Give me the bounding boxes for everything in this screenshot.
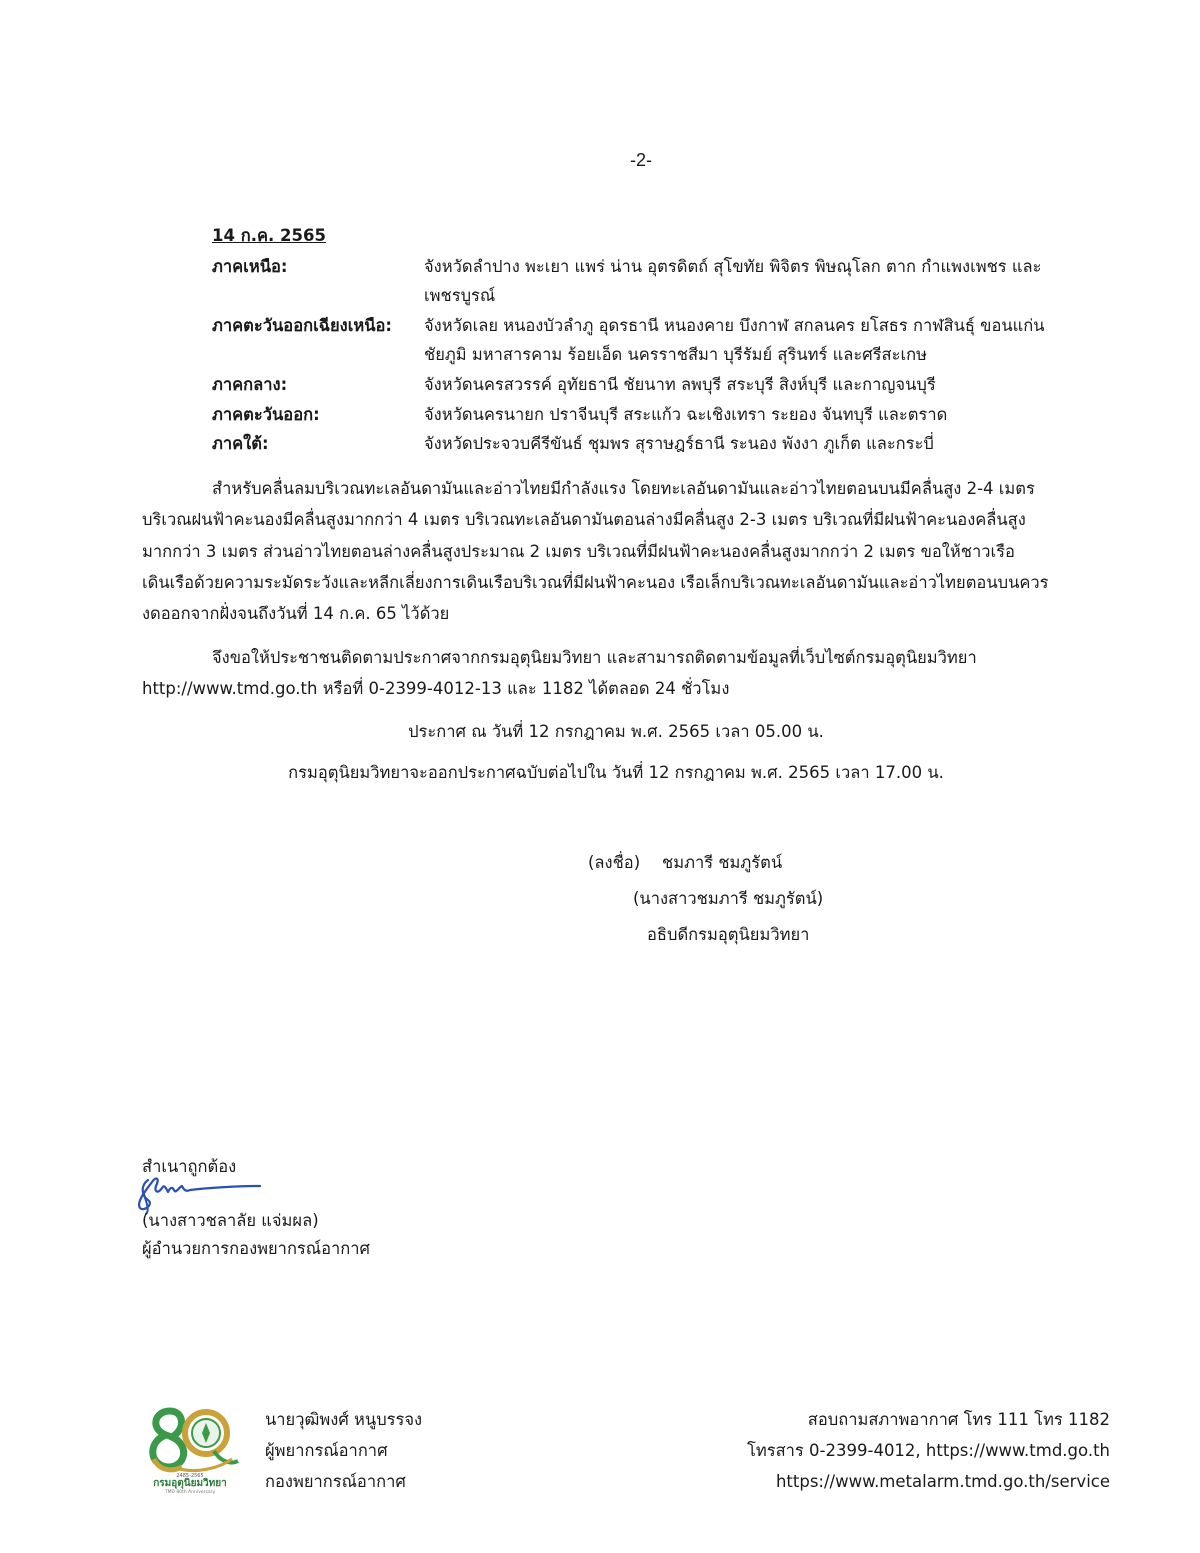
wave-paragraph-line3: มากกว่า 3 เมตร ส่วนอ่าวไทยตอนล่างคลื่นสู…	[142, 542, 1082, 562]
announce-time: ประกาศ ณ วันที่ 12 กรกฎาคม พ.ศ. 2565 เวล…	[0, 722, 1200, 742]
region-text-northeast-line1: จังหวัดเลย หนองบัวลำภู อุดรธานี หนองคาย …	[424, 316, 1045, 336]
forecaster-name: นายวุฒิพงศ์ หนูบรรจง	[265, 1410, 422, 1430]
forecaster-title: ผู้พยากรณ์อากาศ	[265, 1441, 388, 1461]
next-announce: กรมอุตุนิยมวิทยาจะออกประกาศฉบับต่อไปใน ว…	[0, 763, 1200, 783]
handwritten-signature	[136, 1172, 266, 1216]
wave-paragraph-line1: สำหรับคลื่นลมบริเวณทะเลอันดามันและอ่าวไท…	[212, 479, 1035, 499]
certified-copy-name: (นางสาวชลาลัย แจ่มผล)	[142, 1211, 319, 1231]
signatory-full-name: (นางสาวชมภารี ชมภูรัตน์)	[633, 889, 823, 909]
follow-paragraph-line2: http://www.tmd.go.th หรือที่ 0-2399-4012…	[142, 679, 1082, 699]
region-text-central: จังหวัดนครสวรรค์ อุทัยธานี ชัยนาท ลพบุรี…	[424, 375, 936, 395]
forecast-division: กองพยากรณ์อากาศ	[265, 1472, 406, 1492]
forecast-date-heading: 14 ก.ค. 2565	[212, 226, 326, 246]
contact-metalarm-link[interactable]: https://www.metalarm.tmd.go.th/service	[776, 1472, 1110, 1492]
region-text-north-line1: จังหวัดลำปาง พะเยา แพร่ น่าน อุตรดิตถ์ ส…	[424, 257, 1042, 277]
region-label-north: ภาคเหนือ:	[212, 257, 287, 277]
wave-paragraph-line5: งดออกจากฝั่งจนถึงวันที่ 14 ก.ค. 65 ไว้ด้…	[142, 604, 1082, 624]
region-label-east: ภาคตะวันออก:	[212, 405, 320, 425]
region-label-northeast: ภาคตะวันออกเฉียงเหนือ:	[212, 316, 392, 336]
follow-paragraph-line1: จึงขอให้ประชาชนติดตามประกาศจากกรมอุตุนิย…	[212, 648, 977, 668]
region-text-north-line2: เพชรบูรณ์	[424, 286, 495, 306]
svg-text:TMD 80th Anniversary: TMD 80th Anniversary	[164, 1489, 216, 1495]
signed-prefix: (ลงชื่อ)	[588, 853, 640, 873]
svg-text:กรมอุตุนิยมวิทยา: กรมอุตุนิยมวิทยา	[153, 1477, 227, 1489]
region-text-east: จังหวัดนครนายก ปราจีนบุรี สระแก้ว ฉะเชิง…	[424, 405, 947, 425]
region-text-south: จังหวัดประจวบคีรีขันธ์ ชุมพร สุราษฎร์ธาน…	[424, 434, 934, 454]
region-label-central: ภาคกลาง:	[212, 375, 287, 395]
region-label-south: ภาคใต้:	[212, 434, 269, 454]
certified-copy-position: ผู้อำนวยการกองพยากรณ์อากาศ	[142, 1239, 370, 1259]
wave-paragraph-line4: เดินเรือด้วยความระมัดระวังและหลีกเลี่ยงก…	[142, 573, 1082, 593]
contact-fax-website[interactable]: โทรสาร 0-2399-4012, https://www.tmd.go.t…	[747, 1441, 1110, 1461]
tmd-80th-anniversary-logo: 2485-2565 กรมอุตุนิยมวิทยา TMD 80th Anni…	[140, 1403, 240, 1495]
wave-paragraph-line2: บริเวณฝนฟ้าคะนองมีคลื่นสูงมากกว่า 4 เมตร…	[142, 510, 1082, 530]
region-text-northeast-line2: ชัยภูมิ มหาสารคาม ร้อยเอ็ด นครราชสีมา บุ…	[424, 345, 927, 365]
contact-phone: สอบถามสภาพอากาศ โทร 111 โทร 1182	[808, 1410, 1110, 1430]
page-number: -2-	[0, 150, 1200, 171]
signatory-position: อธิบดีกรมอุตุนิยมวิทยา	[647, 925, 809, 945]
tmd-logo-icon: 2485-2565 กรมอุตุนิยมวิทยา TMD 80th Anni…	[140, 1403, 240, 1495]
signed-name: ชมภารี ชมภูรัตน์	[662, 853, 782, 873]
